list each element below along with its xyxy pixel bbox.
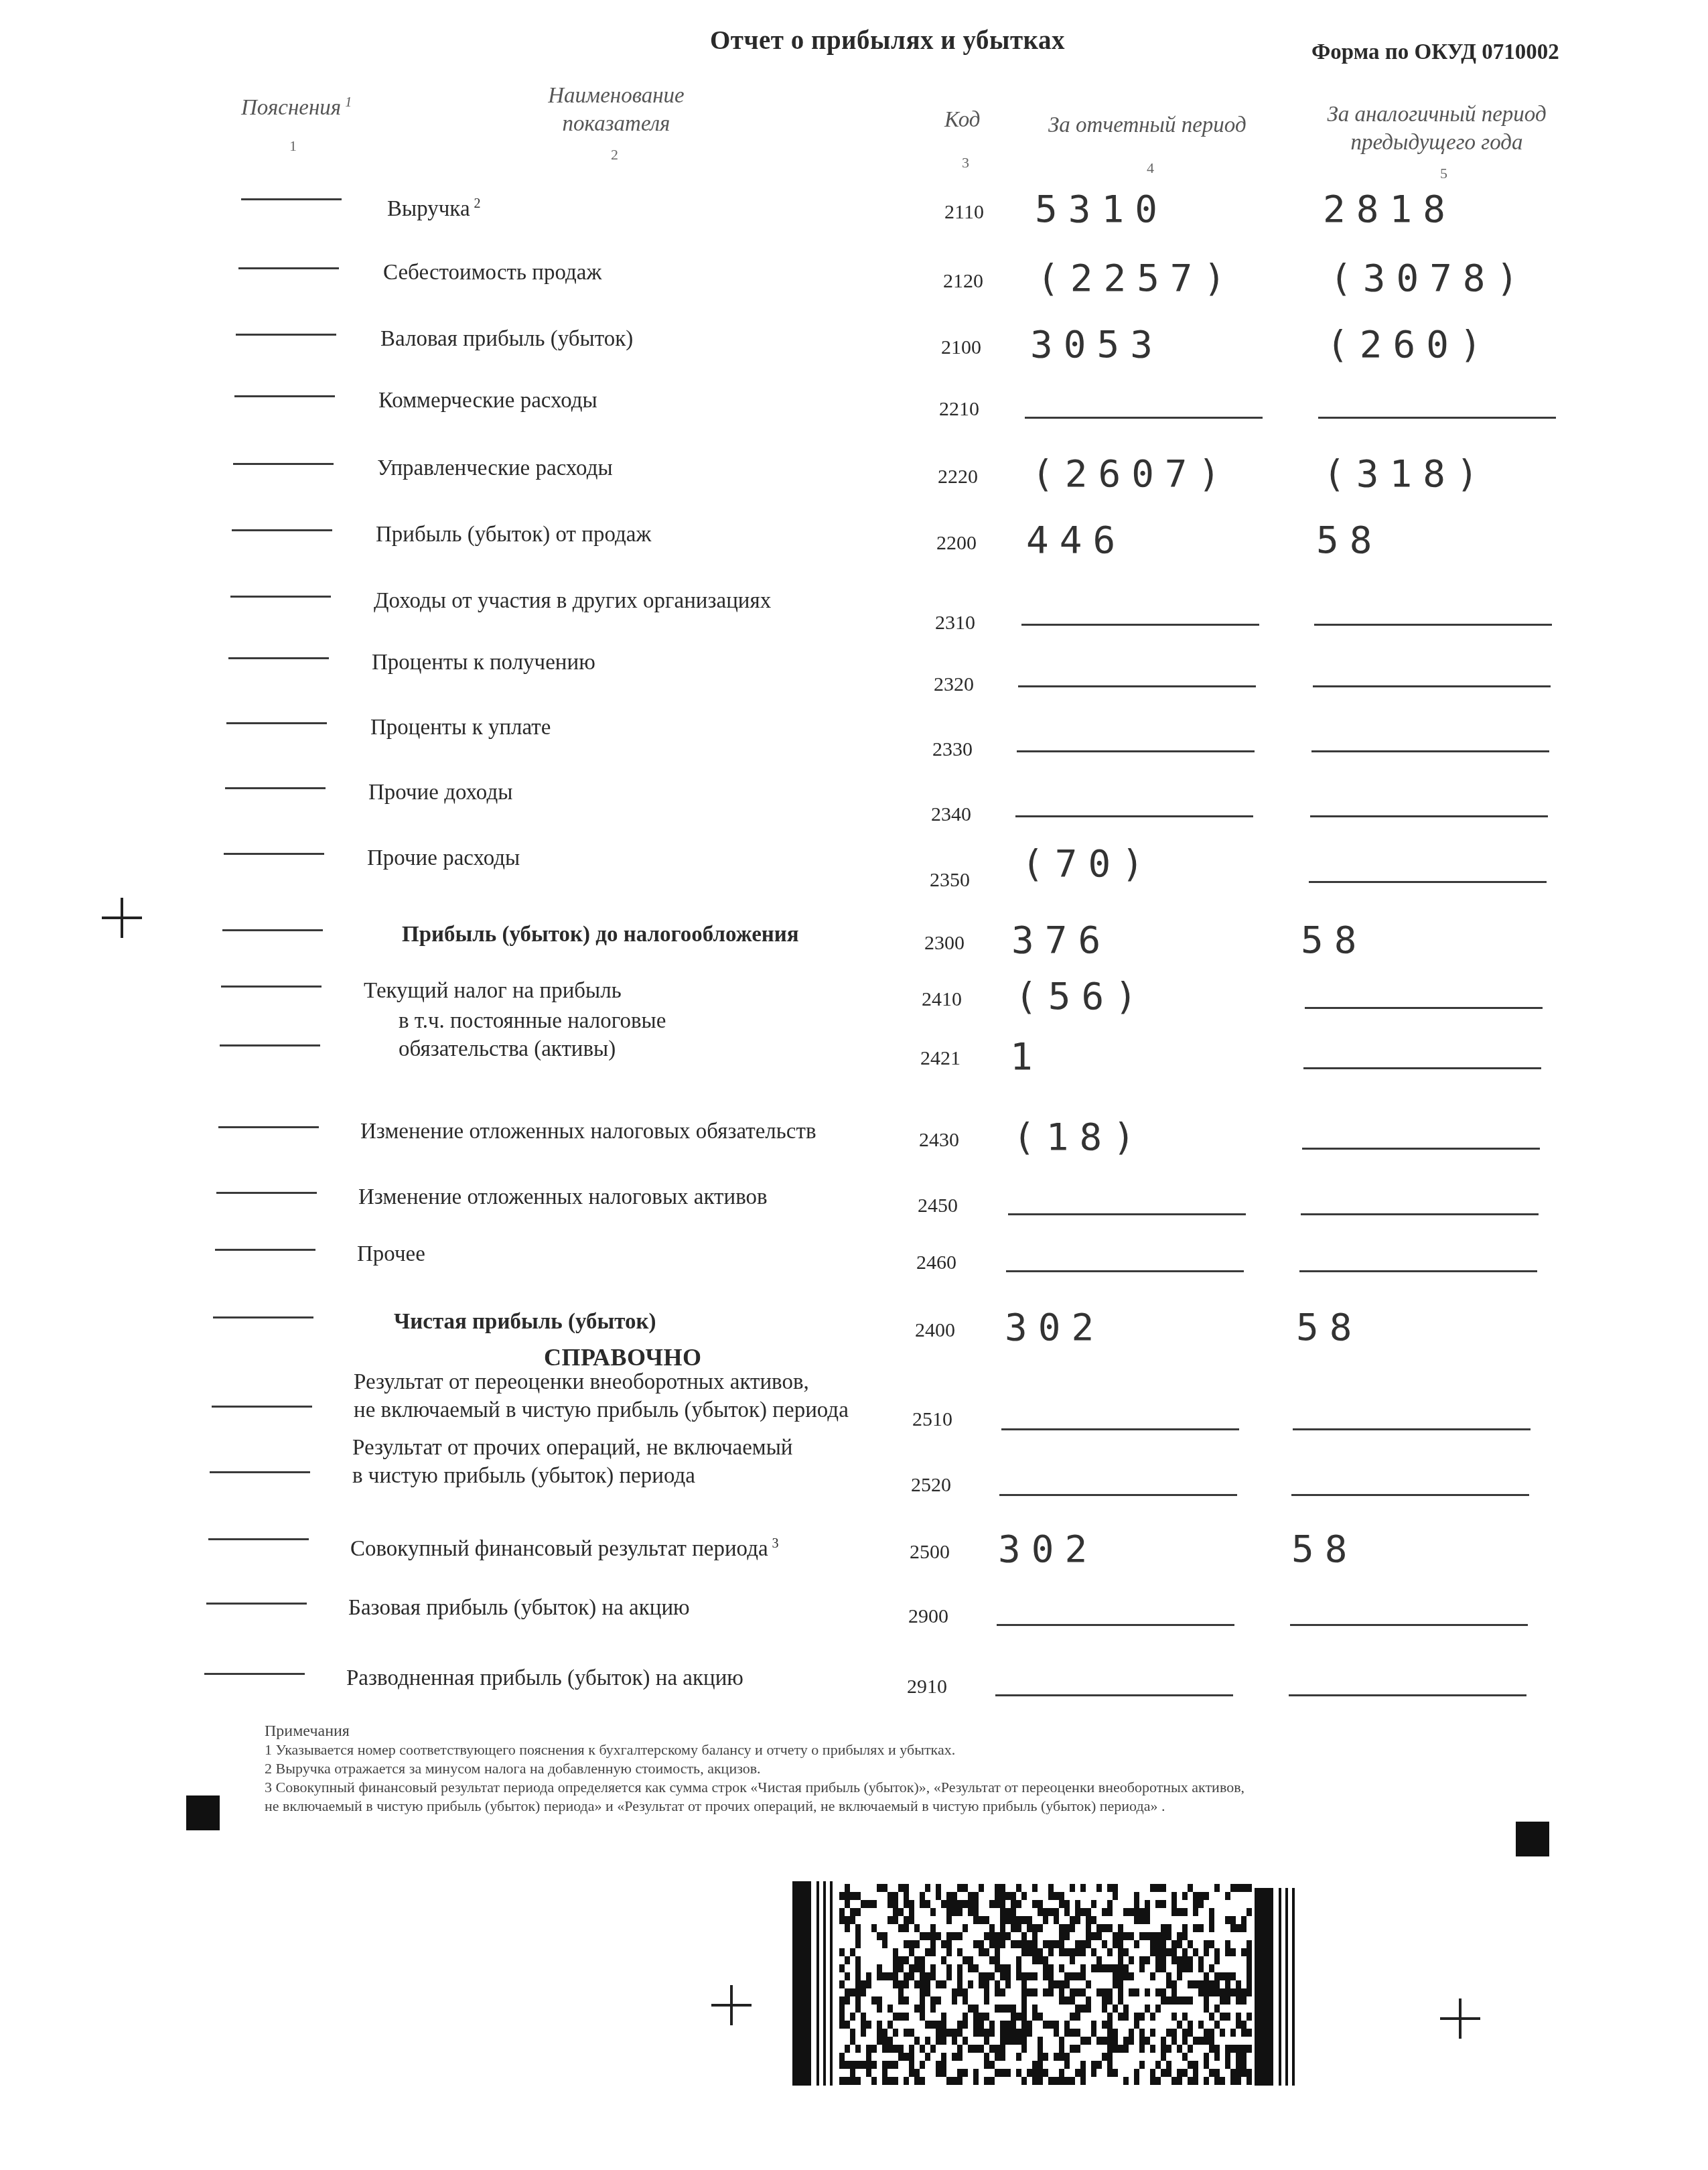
row-label-line: Проценты к получению — [372, 649, 595, 677]
row-label: Чистая прибыль (убыток) — [394, 1308, 656, 1336]
header-indicator-line2: показателя — [539, 110, 693, 138]
previous-period-value[interactable]: (3078) — [1330, 257, 1529, 300]
explanation-field[interactable] — [232, 529, 332, 531]
current-period-value[interactable]: (70) — [1021, 842, 1155, 886]
form-code: Форма по ОКУД 0710002 — [1311, 40, 1559, 65]
row-label: Изменение отложенных налоговых обязатель… — [360, 1117, 816, 1146]
current-period-value-empty[interactable] — [995, 1694, 1233, 1696]
row-label-line: Себестоимость продаж — [383, 259, 601, 287]
row-label: Прибыль (убыток) от продаж — [376, 521, 651, 549]
explanation-field[interactable] — [225, 787, 326, 789]
explanation-field[interactable] — [213, 1316, 313, 1318]
previous-period-value-empty[interactable] — [1305, 1007, 1543, 1009]
row-code: 2320 — [934, 673, 974, 696]
row-label-line: Изменение отложенных налоговых активов — [358, 1183, 768, 1211]
previous-period-value[interactable]: (318) — [1323, 452, 1490, 496]
explanation-field[interactable] — [221, 986, 322, 988]
current-period-value[interactable]: (2257) — [1037, 257, 1236, 300]
previous-period-value-empty[interactable] — [1293, 1428, 1531, 1430]
explanation-field[interactable] — [220, 1044, 320, 1046]
row-label: Результат от прочих операций, не включае… — [352, 1434, 793, 1490]
current-period-value[interactable]: 376 — [1011, 919, 1111, 962]
current-period-value-empty[interactable] — [1001, 1428, 1239, 1430]
note-item: не включаемый в чистую прибыль (убыток) … — [265, 1797, 1244, 1816]
row-label-line: Результат от переоценки внеоборотных акт… — [354, 1368, 849, 1396]
row-label: Результат от переоценки внеоборотных акт… — [354, 1368, 849, 1424]
row-label-line: не включаемый в чистую прибыль (убыток) … — [354, 1396, 849, 1424]
previous-period-value[interactable]: 58 — [1316, 519, 1382, 562]
explanation-field[interactable] — [226, 722, 327, 724]
row-code: 2460 — [916, 1251, 956, 1274]
previous-period-value-empty[interactable] — [1310, 815, 1548, 817]
row-code: 2100 — [941, 336, 981, 359]
row-code: 2430 — [919, 1129, 959, 1152]
current-period-value[interactable]: (18) — [1013, 1115, 1146, 1159]
row-label-line: Совокупный финансовый результат периода — [350, 1537, 768, 1561]
header-indicator-name: Наименование показателя — [539, 82, 693, 138]
explanation-field[interactable] — [228, 657, 329, 659]
row-label-line: Коммерческие расходы — [378, 387, 597, 415]
row-label-line: Базовая прибыль (убыток) на акцию — [348, 1594, 690, 1622]
document-title: Отчет о прибылях и убытках — [710, 25, 1065, 56]
row-code: 2340 — [931, 803, 971, 826]
row-label: Прочие расходы — [367, 844, 520, 872]
row-label: Прочее — [357, 1240, 425, 1268]
header-number-4: 4 — [1147, 159, 1154, 177]
explanation-field[interactable] — [241, 198, 342, 200]
footnote-ref: 2 — [474, 196, 481, 211]
note-item: 2 Выручка отражается за минусом налога н… — [265, 1759, 1244, 1778]
explanation-field[interactable] — [238, 267, 339, 269]
row-code: 2350 — [930, 869, 970, 892]
current-period-value-empty[interactable] — [999, 1494, 1237, 1496]
registration-square-left — [186, 1795, 220, 1830]
previous-period-value[interactable]: 2818 — [1323, 188, 1456, 231]
previous-period-value-empty[interactable] — [1311, 750, 1549, 752]
current-period-value-empty[interactable] — [1025, 417, 1263, 419]
notes-heading: Примечания — [265, 1722, 1244, 1741]
row-label-line: Доходы от участия в других организациях — [374, 587, 771, 615]
explanation-field[interactable] — [218, 1126, 319, 1128]
row-label-line: Управленческие расходы — [377, 454, 613, 482]
row-label-line: Результат от прочих операций, не включае… — [352, 1434, 793, 1462]
previous-period-value[interactable]: 58 — [1291, 1528, 1358, 1571]
header-previous-line2: предыдущего года — [1309, 129, 1564, 157]
explanation-field[interactable] — [233, 463, 334, 465]
row-label: Базовая прибыль (убыток) на акцию — [348, 1594, 690, 1622]
header-explanations-label: Пояснения — [241, 96, 341, 120]
header-code: Код — [944, 106, 980, 134]
registration-cross-icon — [711, 1985, 752, 2025]
row-label-line: Разводненная прибыль (убыток) на акцию — [346, 1664, 743, 1692]
previous-period-value[interactable]: 58 — [1296, 1306, 1362, 1349]
row-code: 2910 — [907, 1676, 947, 1698]
row-label-line: Текущий налог на прибыль — [364, 977, 622, 1005]
row-code: 2220 — [938, 466, 978, 488]
row-code: 2400 — [915, 1319, 955, 1342]
explanation-field[interactable] — [224, 853, 324, 855]
current-period-value[interactable]: 302 — [998, 1528, 1098, 1571]
note-item: 1 Указывается номер соответствующего поя… — [265, 1741, 1244, 1759]
row-label-line: Прочее — [357, 1240, 425, 1268]
registration-cross-icon — [102, 898, 142, 938]
current-period-value[interactable]: 302 — [1005, 1306, 1105, 1349]
previous-period-value[interactable]: 58 — [1301, 919, 1367, 962]
explanation-field[interactable] — [215, 1249, 315, 1251]
header-current-period: За отчетный период — [1048, 111, 1247, 139]
row-label: Управленческие расходы — [377, 454, 613, 482]
row-code: 2500 — [910, 1541, 950, 1564]
current-period-value[interactable]: 3053 — [1030, 323, 1163, 366]
row-label-line: Проценты к уплате — [370, 714, 551, 742]
row-label: Доходы от участия в других организациях — [374, 587, 771, 615]
row-label-line: в т.ч. постоянные налоговые — [399, 1007, 666, 1035]
current-period-value[interactable]: 1 — [1010, 1035, 1044, 1079]
row-label: Прочие доходы — [368, 778, 512, 807]
row-code: 2120 — [943, 270, 983, 293]
row-code: 2210 — [939, 398, 979, 421]
explanation-field[interactable] — [230, 596, 331, 598]
row-label-line: Прочие доходы — [368, 778, 512, 807]
explanation-field[interactable] — [206, 1603, 307, 1605]
row-code: 2450 — [918, 1195, 958, 1217]
previous-period-value-empty[interactable] — [1313, 685, 1551, 687]
previous-period-value-empty[interactable] — [1290, 1624, 1528, 1626]
row-label: Валовая прибыль (убыток) — [380, 325, 633, 353]
row-code: 2510 — [912, 1408, 952, 1431]
pdf417-barcode — [792, 1881, 1301, 2086]
previous-period-value[interactable]: (260) — [1326, 323, 1493, 366]
row-label-line: Изменение отложенных налоговых обязатель… — [360, 1117, 816, 1146]
current-period-value[interactable]: 5310 — [1035, 188, 1168, 231]
previous-period-value-empty[interactable] — [1299, 1270, 1537, 1272]
current-period-value-empty[interactable] — [1021, 624, 1259, 626]
explanation-field[interactable] — [222, 929, 323, 931]
row-label-line: Прибыль (убыток) до налогообложения — [402, 921, 799, 949]
footnote-ref: 3 — [772, 1536, 779, 1551]
row-code: 2900 — [908, 1605, 948, 1628]
header-indicator-line1: Наименование — [539, 82, 693, 110]
previous-period-value-empty[interactable] — [1302, 1148, 1540, 1150]
row-label: Проценты к получению — [372, 649, 595, 677]
notes-section: Примечания 1 Указывается номер соответст… — [265, 1722, 1244, 1816]
row-label-line: в чистую прибыль (убыток) периода — [352, 1462, 793, 1490]
row-label: Выручка2 — [387, 190, 481, 223]
reference-section-heading: СПРАВОЧНО — [544, 1343, 701, 1371]
header-previous-period: За аналогичный период предыдущего года — [1309, 100, 1564, 157]
current-period-value-empty[interactable] — [1008, 1213, 1246, 1215]
header-previous-line1: За аналогичный период — [1309, 100, 1564, 129]
current-period-value-empty[interactable] — [1015, 815, 1253, 817]
current-period-value[interactable]: 446 — [1026, 519, 1126, 562]
previous-period-value-empty[interactable] — [1289, 1694, 1526, 1696]
current-period-value-empty[interactable] — [1006, 1270, 1244, 1272]
explanation-field[interactable] — [234, 395, 335, 397]
registration-cross-icon — [1440, 1998, 1480, 2039]
current-period-value[interactable]: (2607) — [1031, 452, 1231, 496]
row-code: 2410 — [922, 988, 962, 1011]
explanation-field[interactable] — [204, 1673, 305, 1675]
explanation-field[interactable] — [210, 1471, 310, 1473]
row-label: Изменение отложенных налоговых активов — [358, 1183, 768, 1211]
row-code: 2300 — [924, 932, 965, 955]
note-item: 3 Совокупный финансовый результат период… — [265, 1778, 1244, 1797]
row-label-line: Прочие расходы — [367, 844, 520, 872]
row-code: 2520 — [911, 1474, 951, 1497]
row-label-line: Валовая прибыль (убыток) — [380, 325, 633, 353]
row-label-line: Выручка — [387, 197, 470, 221]
row-label: Себестоимость продаж — [383, 259, 601, 287]
current-period-value-empty[interactable] — [997, 1624, 1234, 1626]
row-code: 2421 — [920, 1047, 960, 1070]
row-code: 2110 — [944, 201, 984, 224]
row-label: Разводненная прибыль (убыток) на акцию — [346, 1664, 743, 1692]
row-label: в т.ч. постоянные налоговыеобязательства… — [399, 1007, 666, 1063]
registration-square-right — [1516, 1822, 1549, 1856]
row-code: 2200 — [936, 532, 977, 555]
previous-period-value-empty[interactable] — [1318, 417, 1556, 419]
header-number-2: 2 — [611, 146, 618, 163]
current-period-value-empty[interactable] — [1018, 685, 1256, 687]
previous-period-value-empty[interactable] — [1301, 1213, 1539, 1215]
row-code: 2330 — [932, 738, 973, 761]
header-number-3: 3 — [962, 154, 969, 172]
header-number-1: 1 — [289, 137, 297, 155]
row-code: 2310 — [935, 612, 975, 634]
row-label: Коммерческие расходы — [378, 387, 597, 415]
current-period-value-empty[interactable] — [1017, 750, 1255, 752]
explanation-field[interactable] — [236, 334, 336, 336]
explanation-field[interactable] — [212, 1406, 312, 1408]
footnote-ref: 1 — [345, 95, 352, 110]
row-label: Проценты к уплате — [370, 714, 551, 742]
previous-period-value-empty[interactable] — [1291, 1494, 1529, 1496]
row-label: Прибыль (убыток) до налогообложения — [402, 921, 799, 949]
previous-period-value-empty[interactable] — [1303, 1067, 1541, 1069]
row-label: Совокупный финансовый результат периода3 — [350, 1530, 779, 1563]
explanation-field[interactable] — [208, 1538, 309, 1540]
previous-period-value-empty[interactable] — [1314, 624, 1552, 626]
explanation-field[interactable] — [216, 1192, 317, 1194]
row-label-line: Чистая прибыль (убыток) — [394, 1308, 656, 1336]
previous-period-value-empty[interactable] — [1309, 881, 1547, 883]
current-period-value[interactable]: (56) — [1015, 975, 1148, 1018]
header-explanations: Пояснения1 — [241, 88, 352, 122]
row-label-line: обязательства (активы) — [399, 1035, 666, 1063]
header-number-5: 5 — [1440, 165, 1447, 182]
row-label: Текущий налог на прибыль — [364, 977, 622, 1005]
row-label-line: Прибыль (убыток) от продаж — [376, 521, 651, 549]
